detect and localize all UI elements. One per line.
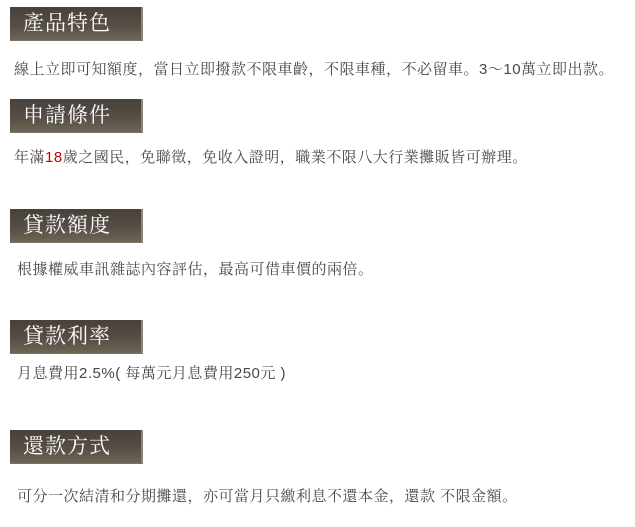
body-text-suffix: 歲之國民，免聯徵，免收入證明，職業不限八大行業攤販皆可辦理。: [63, 149, 528, 166]
age-highlight: 18: [45, 149, 63, 166]
body-text-prefix: 年滿: [14, 149, 45, 166]
section-heading-loan-amount: 貸款額度: [10, 209, 143, 243]
section-heading-product-features: 產品特色: [10, 7, 143, 41]
section-heading-loan-interest-rate: 貸款利率: [10, 320, 143, 354]
section-body-application-conditions: 年滿18歲之國民，免聯徵，免收入證明，職業不限八大行業攤販皆可辦理。: [14, 148, 633, 168]
section-heading-repayment-method: 還款方式: [10, 430, 143, 464]
section-body-repayment-method: 可分一次結清和分期攤還，亦可當月只繳利息不還本金，還款 不限金額。: [17, 487, 633, 507]
section-body-loan-amount: 根據權威車訊雜誌內容評估，最高可借車價的兩倍。: [17, 260, 633, 280]
section-heading-application-conditions: 申請條件: [10, 99, 143, 133]
section-body-product-features: 線上立即可知額度，當日立即撥款不限車齡，不限車種，不必留車。3～10萬立即出款。: [14, 60, 633, 80]
section-body-loan-interest-rate: 月息費用2.5%( 每萬元月息費用250元 ): [17, 364, 633, 384]
